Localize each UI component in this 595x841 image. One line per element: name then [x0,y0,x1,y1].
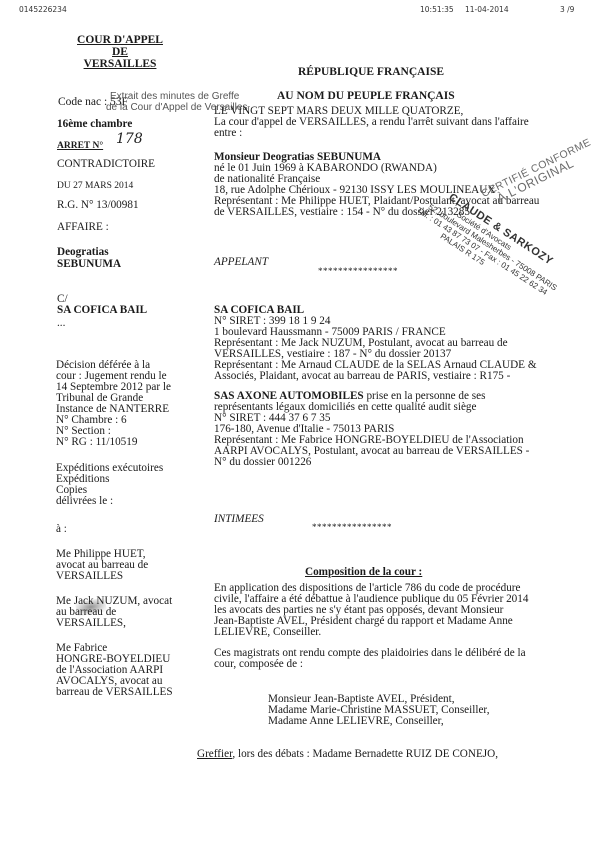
court-heading: COUR D'APPEL DE VERSAILLES [60,34,180,70]
recipient-line: VERSAILLES, [56,618,172,629]
party1-first-name: Deogratias [57,247,109,258]
ellipsis: ... [57,318,65,329]
chambre: 16ème chambre [57,119,132,130]
court-line-3: VERSAILLES [60,58,180,70]
arret-number: 178 [116,131,143,147]
intro-line: La cour d'appel de VERSAILLES, a rendu l… [214,117,529,128]
party1-last-name: SEBUNUMA [57,259,121,270]
watermark-line-1: Extrait des minutes de Greffe [110,91,247,102]
party2-name: SA COFICA BAIL [57,305,147,316]
expeditions-line: délivrées le : [56,496,163,507]
greffier-text: , lors des débats : Madame Bernadette RU… [232,748,498,760]
composition-title: Composition de la cour : [305,567,422,578]
contradictoire: CONTRADICTOIRE [57,159,155,170]
magistrats-line: cour, composée de : [214,659,526,670]
magistrats-paragraph: Ces magistrats ont rendu compte des plai… [214,648,526,670]
recipient-line: barreau de VERSAILLES [56,687,173,698]
recipient-nuzum: Me Jack NUZUM, avocat au barreau de VERS… [56,596,172,629]
affaire-label: AFFAIRE : [57,222,109,233]
decision-line: N° RG : 11/10519 [56,437,171,448]
intime1-line: Associés, Plaidant, avocat au barreau de… [214,371,537,382]
recipient-line: VERSAILLES [56,571,148,582]
expeditions-block: Expéditions exécutoires Expéditions Copi… [56,463,163,507]
decision-block: Décision déférée à la cour : Jugement re… [56,360,171,448]
fax-sender-number: 0145226234 [19,5,67,14]
preamble: LE VINGT SEPT MARS DEUX MILLE QUATORZE, … [214,106,529,139]
appelant-role: APPELANT [214,257,268,268]
a-label: à : [56,524,67,535]
composition-paragraph: En application des dispositions de l'art… [214,583,528,638]
fax-date: 11-04-2014 [465,5,509,14]
recipient-huet: Me Philippe HUET, avocat au barreau de V… [56,549,148,582]
court-members: Monsieur Jean-Baptiste AVEL, Président, … [268,694,490,727]
arret-label: ARRET N° [57,141,103,152]
court-line-1: COUR D'APPEL [60,34,180,46]
au-nom-heading: AU NOM DU PEUPLE FRANÇAIS [277,91,455,102]
arret-date: DU 27 MARS 2014 [57,181,133,192]
court-line-2: DE [60,46,180,58]
republique-heading: RÉPUBLIQUE FRANÇAISE [298,67,444,78]
composition-line: LELIEVRE, Conseiller. [214,627,528,638]
appelant-separator: **************** [318,266,398,277]
fax-page: 3 /9 [560,5,574,14]
greffier-label: Greffier [197,748,232,760]
intime2-block: SAS AXONE AUTOMOBILES prise en la person… [214,391,529,468]
intro-entre: entre : [214,128,529,139]
greffier-line: Greffier, lors des débats : Madame Berna… [197,749,498,760]
fax-time: 10:51:35 [420,5,454,14]
court-member: Madame Anne LELIEVRE, Conseiller, [268,716,490,727]
intime2-line: N° du dossier 001226 [214,457,529,468]
intimees-separator: **************** [312,522,392,533]
rg-number: R.G. N° 13/00981 [57,200,139,211]
law-firm-stamp: CLAUDE & SARKOZY Société d'Avocats 52, b… [410,200,595,320]
recipient-hongre-boyeldieu: Me Fabrice HONGRE-BOYELDIEU de l'Associa… [56,643,173,698]
intimees-role: INTIMEES [214,514,264,525]
